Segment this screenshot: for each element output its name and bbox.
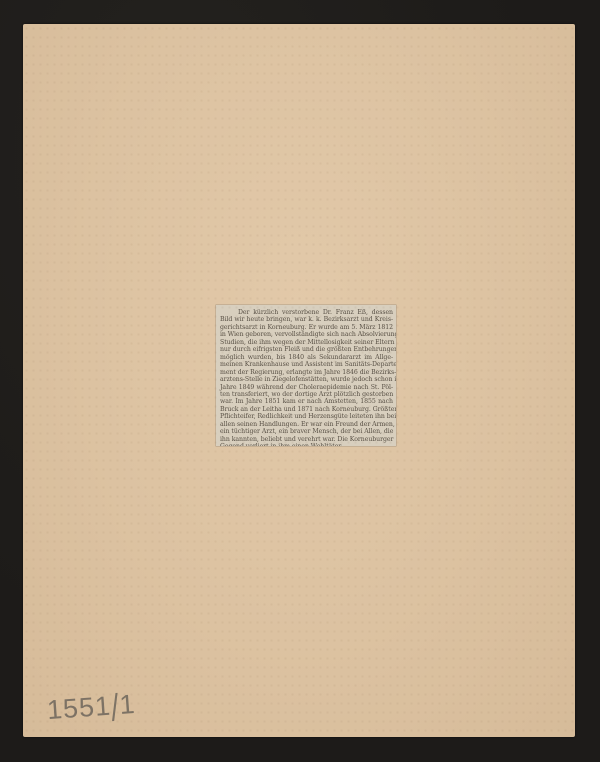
clipping-line: ihn kannten, beliebt und verehrt war. Di… — [220, 436, 393, 443]
handwritten-catalog-number: 1551/1 — [46, 689, 137, 726]
clipping-line: möglich wurden, bis 1840 als Sekundararz… — [220, 354, 393, 361]
clipping-line: Der kürzlich verstorbene Dr. Franz Eß, d… — [220, 309, 393, 316]
clipping-line: in Wien geboren, vervollständigte sich n… — [220, 331, 393, 338]
clipping-line: ein tüchtiger Arzt, ein braver Mensch, d… — [220, 428, 393, 435]
clipping-line: ment der Regierung, erlangte im Jahre 18… — [220, 369, 393, 376]
catalog-number-sub: 1 — [118, 689, 136, 720]
newspaper-clipping: Der kürzlich verstorbene Dr. Franz Eß, d… — [216, 305, 396, 446]
clipping-line: Studien, die ihm wegen der Mittellosigke… — [220, 339, 393, 346]
catalog-number-main: 1551 — [46, 691, 112, 725]
clipping-line: ten transferiert, wo der dortige Arzt pl… — [220, 391, 393, 398]
clipping-line: Jahre 1849 während der Choleraepidemie n… — [220, 384, 393, 391]
clipping-line: allen seinen Handlungen. Er war ein Freu… — [220, 421, 393, 428]
clipping-line: meinen Krankenhause und Assistent im San… — [220, 361, 393, 368]
clipping-line: arztens-Stelle in Ziegelofenstätten, wur… — [220, 376, 393, 383]
mounting-sheet: Der kürzlich verstorbene Dr. Franz Eß, d… — [23, 24, 575, 737]
clipping-line: Gegend verliert in ihm einen Wohltäter. — [220, 443, 393, 446]
clipping-line: gerichtsarzt in Korneuburg. Er wurde am … — [220, 324, 393, 331]
clipping-line: nur durch eifrigsten Fleiß und die größt… — [220, 346, 393, 353]
clipping-line: Pflichteifer, Redlichkeit und Herzensgüt… — [220, 413, 393, 420]
clipping-line: war. Im Jahre 1851 kam er nach Amstetten… — [220, 398, 393, 405]
clipping-line: Bruck an der Leitha und 1871 nach Korneu… — [220, 406, 393, 413]
clipping-line: Bild wir heute bringen, war k. k. Bezirk… — [220, 316, 393, 323]
